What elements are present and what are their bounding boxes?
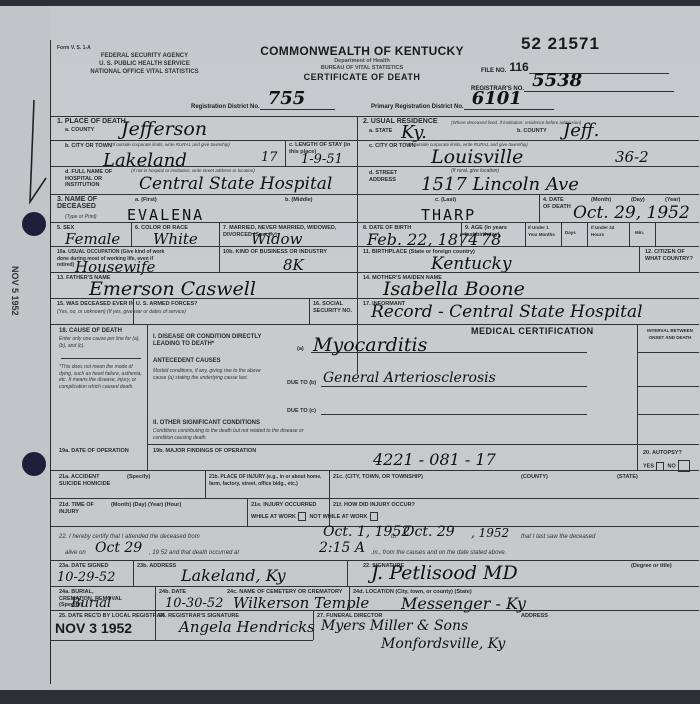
binder-hole-bottom — [22, 452, 46, 476]
date-received: NOV 3 1952 — [55, 620, 132, 636]
certificate-form: Form V. S. 1-A FEDERAL SECURITY AGENCY U… — [50, 40, 698, 684]
while-at-work-checkbox[interactable] — [298, 512, 306, 521]
informant: Record - Central State Hospital — [371, 302, 643, 322]
burial-date: 10-30-52 — [165, 596, 223, 611]
last-seen-alive: Oct 29 — [95, 540, 142, 556]
cause-line-b: General Arteriosclerosis — [323, 370, 496, 386]
length-of-stay: 1-9-51 — [301, 152, 343, 167]
primary-district-field: Primary Registration District No. 6101 — [371, 96, 554, 110]
binder-hole-top — [22, 212, 46, 236]
physician-signature: J. Petlisood MD — [371, 562, 518, 584]
mothers-maiden-name: Isabella Boone — [383, 278, 525, 300]
death-county: Jefferson — [121, 118, 207, 140]
registration-district-field: Registration District No. 755 — [191, 96, 335, 110]
funeral-director-address: Monfordsville, Ky — [381, 636, 505, 652]
attended-to: Oct. 29 — [403, 524, 455, 540]
time-of-death: 2:15 A — [319, 540, 365, 556]
medical-certification-title: MEDICAL CERTIFICATION — [471, 326, 594, 336]
date-signed: 10-29-52 — [57, 570, 115, 585]
state-header: COMMONWEALTH OF KENTUCKY Department of H… — [247, 44, 477, 82]
place-of-death-label: 1. PLACE OF DEATH — [57, 119, 126, 126]
death-certificate-page: NOV 5 1952 Form V. S. 1-A FEDERAL SECURI… — [0, 6, 700, 690]
attended-from: Oct. 1, 1952 — [323, 524, 410, 540]
birthplace: Kentucky — [431, 254, 511, 274]
physician-address: Lakeland, Ky — [181, 566, 286, 585]
funeral-director: Myers Miller & Sons — [321, 618, 468, 634]
agency-header: Form V. S. 1-A FEDERAL SECURITY AGENCY U… — [57, 44, 232, 76]
hospital-name: Central State Hospital — [139, 174, 332, 194]
not-at-work-checkbox[interactable] — [370, 512, 378, 521]
registrar-signature: Angela Hendricks — [179, 618, 315, 636]
document-title: COMMONWEALTH OF KENTUCKY — [247, 44, 477, 58]
burial-method: Burial — [71, 596, 111, 611]
residence-county: Jeff. — [563, 120, 599, 141]
operation-findings: 4221 - 081 - 17 — [373, 450, 496, 469]
received-stamp: NOV 5 1952 — [10, 266, 20, 316]
residence-street: 1517 Lincoln Ave — [421, 174, 579, 195]
certificate-title: CERTIFICATE OF DEATH — [247, 72, 477, 82]
fathers-name: Emerson Caswell — [89, 278, 256, 300]
occupation: Housewife — [75, 258, 155, 276]
date-of-death: Oct. 29, 1952 — [573, 203, 690, 223]
state-file-number: 52 21571 — [521, 34, 600, 54]
check-mark — [20, 98, 50, 208]
residence-city: Louisville — [431, 146, 523, 168]
